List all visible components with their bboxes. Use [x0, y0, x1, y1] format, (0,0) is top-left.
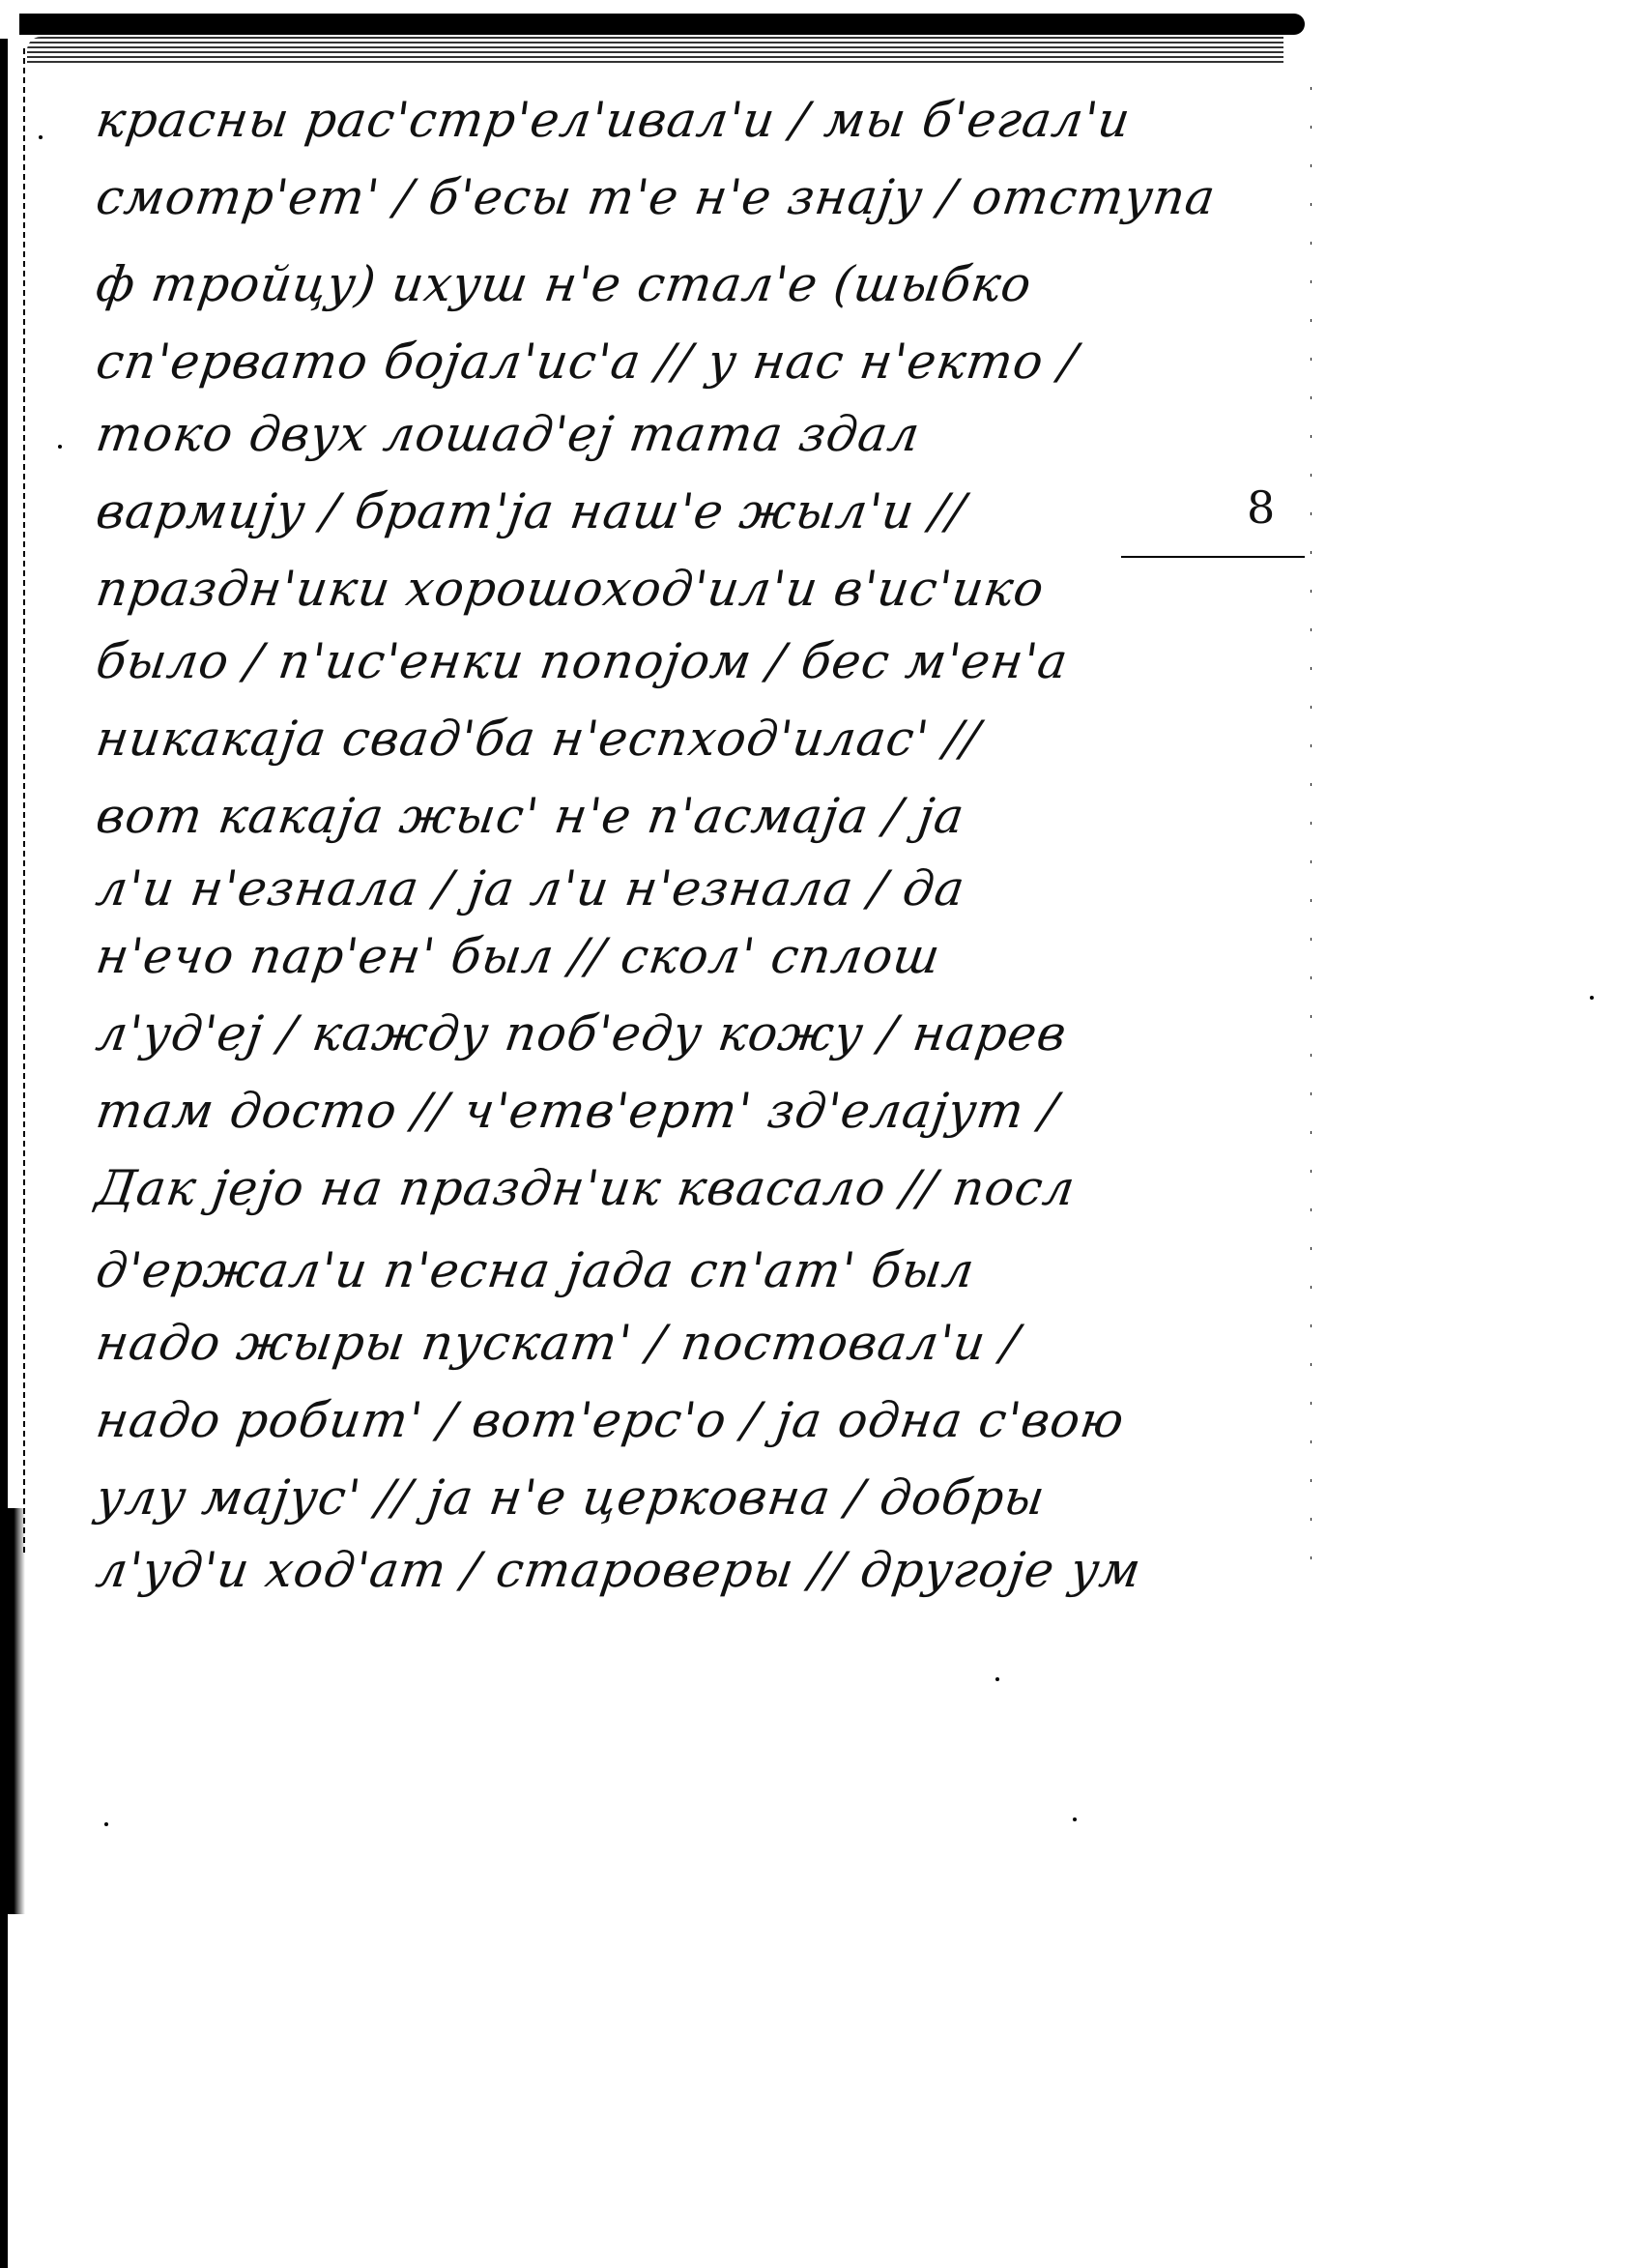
- scan-speck: [1073, 1817, 1077, 1821]
- text-line-6: вармиjу / брат'jа наш'е жыл'и //: [93, 483, 969, 539]
- text-line-9: никакаjа свад'ба н'еспход'илас' //: [93, 711, 984, 767]
- scan-binding-shadow: [0, 1508, 25, 1914]
- text-line-16: д'ержал'и п'есна jада сп'ат' был: [93, 1242, 978, 1298]
- text-line-12: н'ечо пар'ен' был // скол' сплош: [93, 928, 944, 984]
- text-line-3: ф тройцу) ихуш н'е стал'е (шыбко: [93, 256, 1035, 312]
- text-line-17: надо жыры пускат' / постовал'и /: [93, 1315, 1023, 1371]
- text-line-2: смотр'ет' / б'есы т'е н'е знаjу / отступ…: [93, 169, 1220, 225]
- text-line-11: л'и н'езнала / jа л'и н'езнала / да: [93, 860, 968, 916]
- text-line-7: праздн'ики хорошоход'ил'и в'ис'ико: [93, 561, 1048, 617]
- text-line-19: улу маjус' // jа н'е церковна / добры: [93, 1469, 1049, 1526]
- text-line-20: л'уд'и ход'ат / староверы // другоjе ум: [93, 1542, 1145, 1598]
- scan-left-edge: [0, 39, 8, 1537]
- scan-speck: [104, 1822, 108, 1826]
- scan-speck: [1590, 996, 1594, 1000]
- text-line-10: вот какаjа жыс' н'е п'асмаjа / jа: [93, 788, 968, 844]
- text-line-1: красны рас'стр'ел'ивал'и / мы б'егал'и: [93, 92, 1135, 148]
- scan-page-edge-lines: [27, 37, 1283, 66]
- scan-speck: [58, 445, 62, 449]
- scan-speck: [995, 1677, 999, 1681]
- scan-left-page-border: [23, 48, 25, 1556]
- scan-speck: [39, 135, 43, 139]
- scan-right-page-border: [1311, 87, 1312, 1576]
- margin-annotation: 8: [1247, 481, 1275, 534]
- text-line-13: л'уд'еj / кажду поб'еду кожу / нарев: [93, 1005, 1071, 1061]
- text-line-8: было / п'ис'енки попоjом / бес м'ен'а: [93, 633, 1072, 689]
- scan-top-shadow: [19, 14, 1305, 35]
- text-line-5: токо двух лошад'еj тата здал: [93, 406, 924, 462]
- text-line-15: Дак jеjо на праздн'ик квасало // посл: [93, 1160, 1079, 1216]
- text-line-14: там досто // ч'етв'ерт' зд'елаjут /: [93, 1083, 1061, 1139]
- scan-left-lower-edge: [0, 1914, 8, 2268]
- text-line-4: сп'ервато боjал'ис'а // у нас н'екто /: [93, 334, 1081, 390]
- handwritten-underline: [1121, 556, 1305, 558]
- text-line-18: надо робит' / вот'ерс'о / jа одна с'вою: [93, 1392, 1128, 1448]
